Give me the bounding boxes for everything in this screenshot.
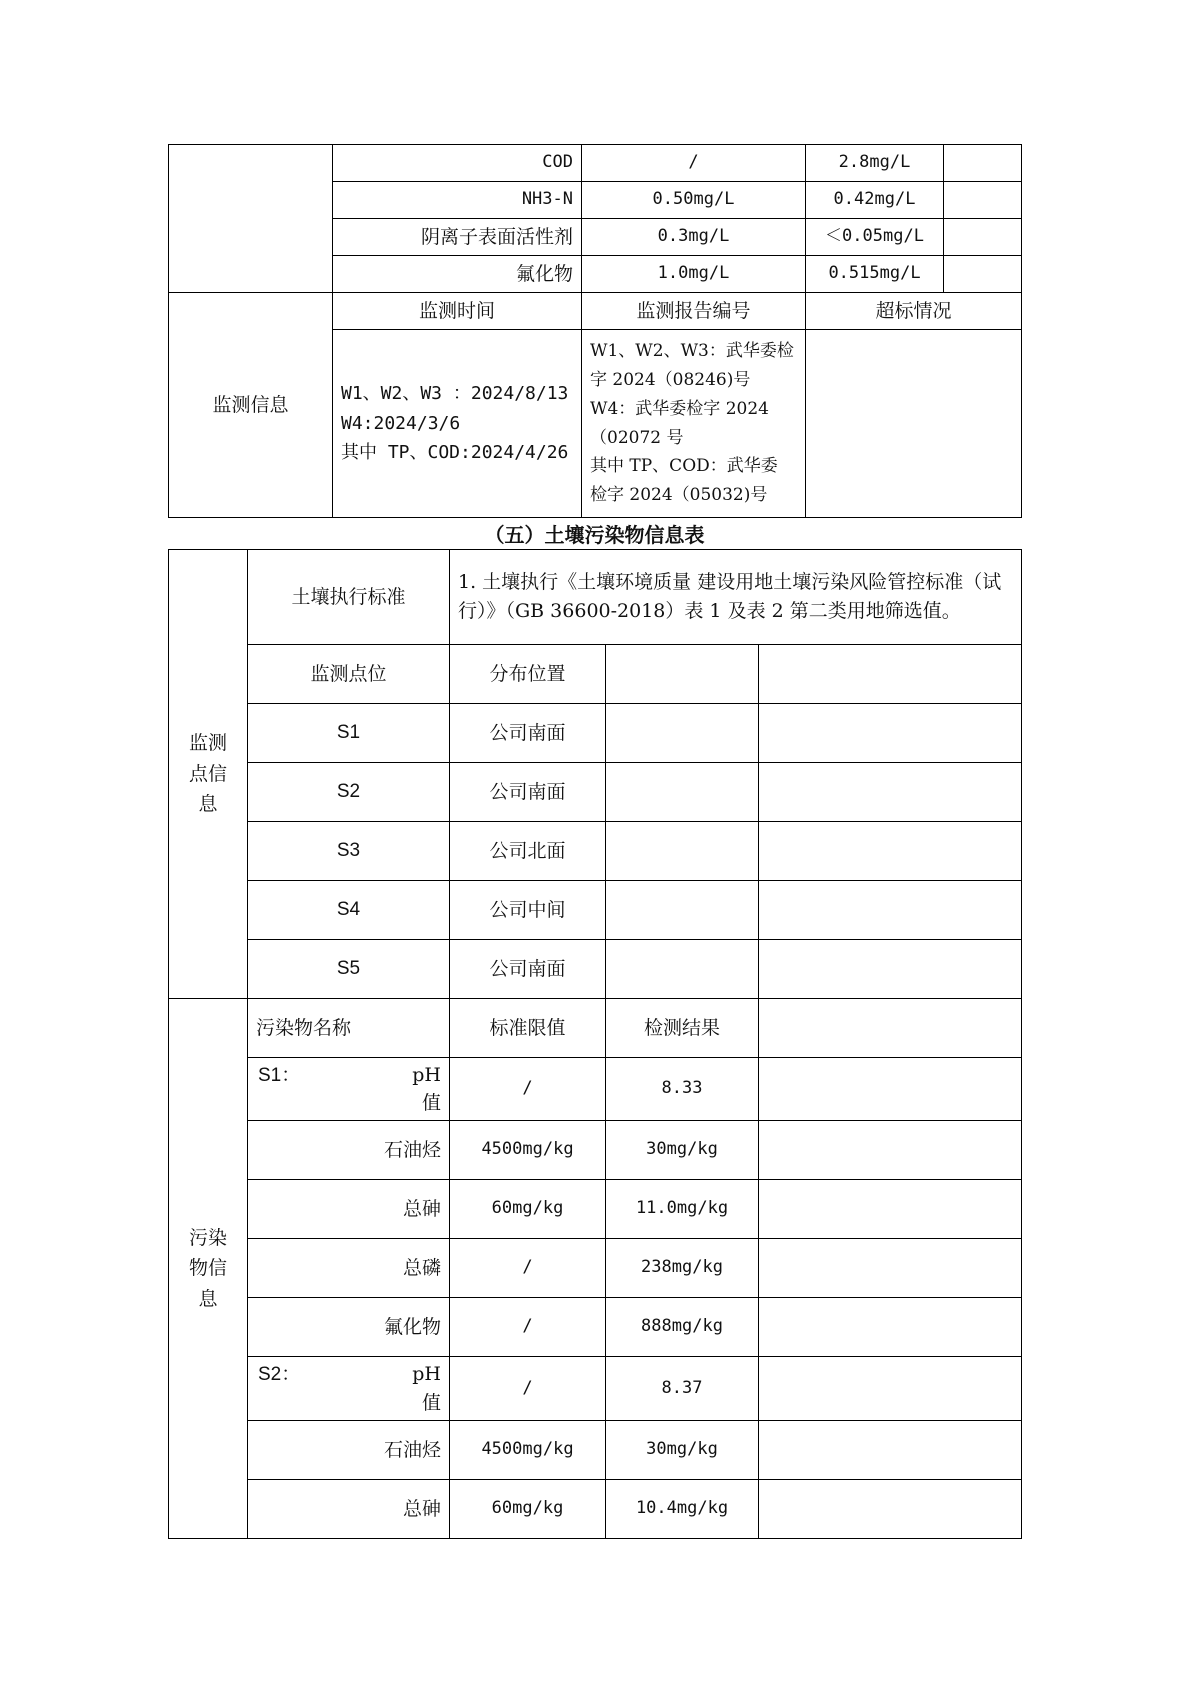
header-location: 分布位置 [450,645,606,704]
pollutant-name: COD [333,145,582,182]
standard-label: 土壤执行标准 [248,550,450,645]
limit-value: / [582,145,806,182]
header-empty [759,645,1022,704]
limit-value: 0.3mg/L [582,219,806,256]
result-value: 2.8mg/L [806,145,944,182]
table-row: 石油烃 4500mg/kg 30mg/kg [169,1121,1022,1180]
pollutants-label: 污染 物信 息 [169,999,248,1539]
time-line: 其中 TP、COD:2024/4/26 [341,438,573,468]
point-id: S2 [248,763,450,822]
limit-value: 4500mg/kg [450,1121,606,1180]
header-empty [606,645,759,704]
table-row: COD / 2.8mg/L [169,145,1022,182]
empty-cell [759,1421,1022,1480]
result-value: ＜0.05mg/L [806,219,944,256]
result-value: 10.4mg/kg [606,1480,759,1539]
header-monitoring-time: 监测时间 [333,293,582,330]
result-value: 11.0mg/kg [606,1180,759,1239]
header-pollutant-name: 污染物名称 [248,999,450,1058]
point-id: S4 [248,881,450,940]
point-location: 公司中间 [450,881,606,940]
limit-value: 1.0mg/L [582,256,806,293]
limit-value: 60mg/kg [450,1180,606,1239]
standard-text: 1. 土壤执行《土壤环境质量 建设用地土壤污染风险管控标准（试行）》（GB 36… [450,550,1022,645]
empty-cell [759,763,1022,822]
result-value: 30mg/kg [606,1121,759,1180]
time-line: W4:2024/3/6 [341,409,573,439]
water-pollutant-table: COD / 2.8mg/L NH3-N 0.50mg/L 0.42mg/L 阴离… [168,144,1022,518]
table-row: 石油烃 4500mg/kg 30mg/kg [169,1421,1022,1480]
limit-value: / [450,1058,606,1121]
result-value: 8.33 [606,1058,759,1121]
empty-cell [606,822,759,881]
pollutant-name: 总砷 [248,1180,450,1239]
point-location: 公司南面 [450,763,606,822]
header-limit: 标准限值 [450,999,606,1058]
empty-cell [759,1239,1022,1298]
point-id: S1 [248,704,450,763]
empty-cell [759,1298,1022,1357]
pollutant-name-suffix: 值 [256,1389,441,1418]
limit-value: / [450,1357,606,1421]
empty-cell [606,763,759,822]
exceed-cell [944,219,1022,256]
report-line: W1、W2、W3：武华委检 [590,337,797,366]
empty-cell [759,1180,1022,1239]
pollutant-name: 石油烃 [248,1121,450,1180]
exceed-cell [944,182,1022,219]
report-line: 检字 2024（05032)号 [590,481,797,510]
exceed-cell [944,145,1022,182]
pollutant-name: 总磷 [248,1239,450,1298]
point-location: 公司南面 [450,940,606,999]
result-value: 0.42mg/L [806,182,944,219]
result-value: 0.515mg/L [806,256,944,293]
table-row: S1： pH 值 / 8.33 [169,1058,1022,1121]
report-line: W4：武华委检字 2024 [590,395,797,424]
limit-value: 0.50mg/L [582,182,806,219]
pollutant-name: 氟化物 [333,256,582,293]
header-result: 检测结果 [606,999,759,1058]
header-empty [759,999,1022,1058]
exceed-cell [944,256,1022,293]
report-line: 其中 TP、COD：武华委 [590,452,797,481]
pollutant-name: 总砷 [248,1480,450,1539]
result-value: 30mg/kg [606,1421,759,1480]
table-row: S3 公司北面 [169,822,1022,881]
point-location: 公司北面 [450,822,606,881]
monitoring-points-label: 监测 点信 息 [169,550,248,999]
table-row: 氟化物 / 888mg/kg [169,1298,1022,1357]
report-line: 字 2024（08246)号 [590,366,797,395]
monitoring-time-cell: W1、W2、W3 ：2024/8/13 W4:2024/3/6 其中 TP、CO… [333,330,582,518]
table-row: 总磷 / 238mg/kg [169,1239,1022,1298]
soil-pollutant-table: 监测 点信 息 土壤执行标准 1. 土壤执行《土壤环境质量 建设用地土壤污染风险… [168,549,1022,1539]
pollutant-name: NH3-N [333,182,582,219]
empty-cell [759,1480,1022,1539]
empty-cell [759,1121,1022,1180]
pollutants-header-row: 污染 物信 息 污染物名称 标准限值 检测结果 [169,999,1022,1058]
table-row: S1 公司南面 [169,704,1022,763]
pollutant-name: 石油烃 [248,1421,450,1480]
point-id: S3 [248,822,450,881]
monitoring-info-header-row: 监测信息 监测时间 监测报告编号 超标情况 [169,293,1022,330]
exceed-status-cell [806,330,1022,518]
limit-value: 4500mg/kg [450,1421,606,1480]
standard-row: 监测 点信 息 土壤执行标准 1. 土壤执行《土壤环境质量 建设用地土壤污染风险… [169,550,1022,645]
report-line: （02072 号 [590,424,797,453]
monitoring-info-label: 监测信息 [169,293,333,518]
point-id: S5 [248,940,450,999]
time-line: W1、W2、W3 ：2024/8/13 [341,379,573,409]
empty-cell [606,940,759,999]
points-header-row: 监测点位 分布位置 [169,645,1022,704]
result-value: 238mg/kg [606,1239,759,1298]
header-exceed-status: 超标情况 [806,293,1022,330]
empty-cell [606,881,759,940]
section-title: （五）土壤污染物信息表 [168,519,1021,548]
report-number-cell: W1、W2、W3：武华委检 字 2024（08246)号 W4：武华委检字 20… [582,330,806,518]
empty-label-cell [169,145,333,293]
site-label: S1： [258,1062,300,1091]
empty-cell [759,822,1022,881]
header-report-number: 监测报告编号 [582,293,806,330]
table-row: S2： pH 值 / 8.37 [169,1357,1022,1421]
limit-value: / [450,1298,606,1357]
empty-cell [759,1058,1022,1121]
empty-cell [759,881,1022,940]
pollutant-name-cell: S2： pH 值 [248,1357,450,1421]
empty-cell [759,704,1022,763]
pollutant-name-suffix: 值 [256,1089,441,1118]
table-row: 总砷 60mg/kg 11.0mg/kg [169,1180,1022,1239]
result-value: 8.37 [606,1357,759,1421]
table-row: S5 公司南面 [169,940,1022,999]
empty-cell [759,940,1022,999]
empty-cell [759,1357,1022,1421]
table-row: S4 公司中间 [169,881,1022,940]
limit-value: / [450,1239,606,1298]
pollutant-name-cell: S1： pH 值 [248,1058,450,1121]
pollutant-name: 氟化物 [248,1298,450,1357]
site-label: S2： [258,1361,300,1390]
header-point: 监测点位 [248,645,450,704]
table-row: 总砷 60mg/kg 10.4mg/kg [169,1480,1022,1539]
table-row: S2 公司南面 [169,763,1022,822]
result-value: 888mg/kg [606,1298,759,1357]
point-location: 公司南面 [450,704,606,763]
empty-cell [606,704,759,763]
pollutant-name: 阴离子表面活性剂 [333,219,582,256]
limit-value: 60mg/kg [450,1480,606,1539]
